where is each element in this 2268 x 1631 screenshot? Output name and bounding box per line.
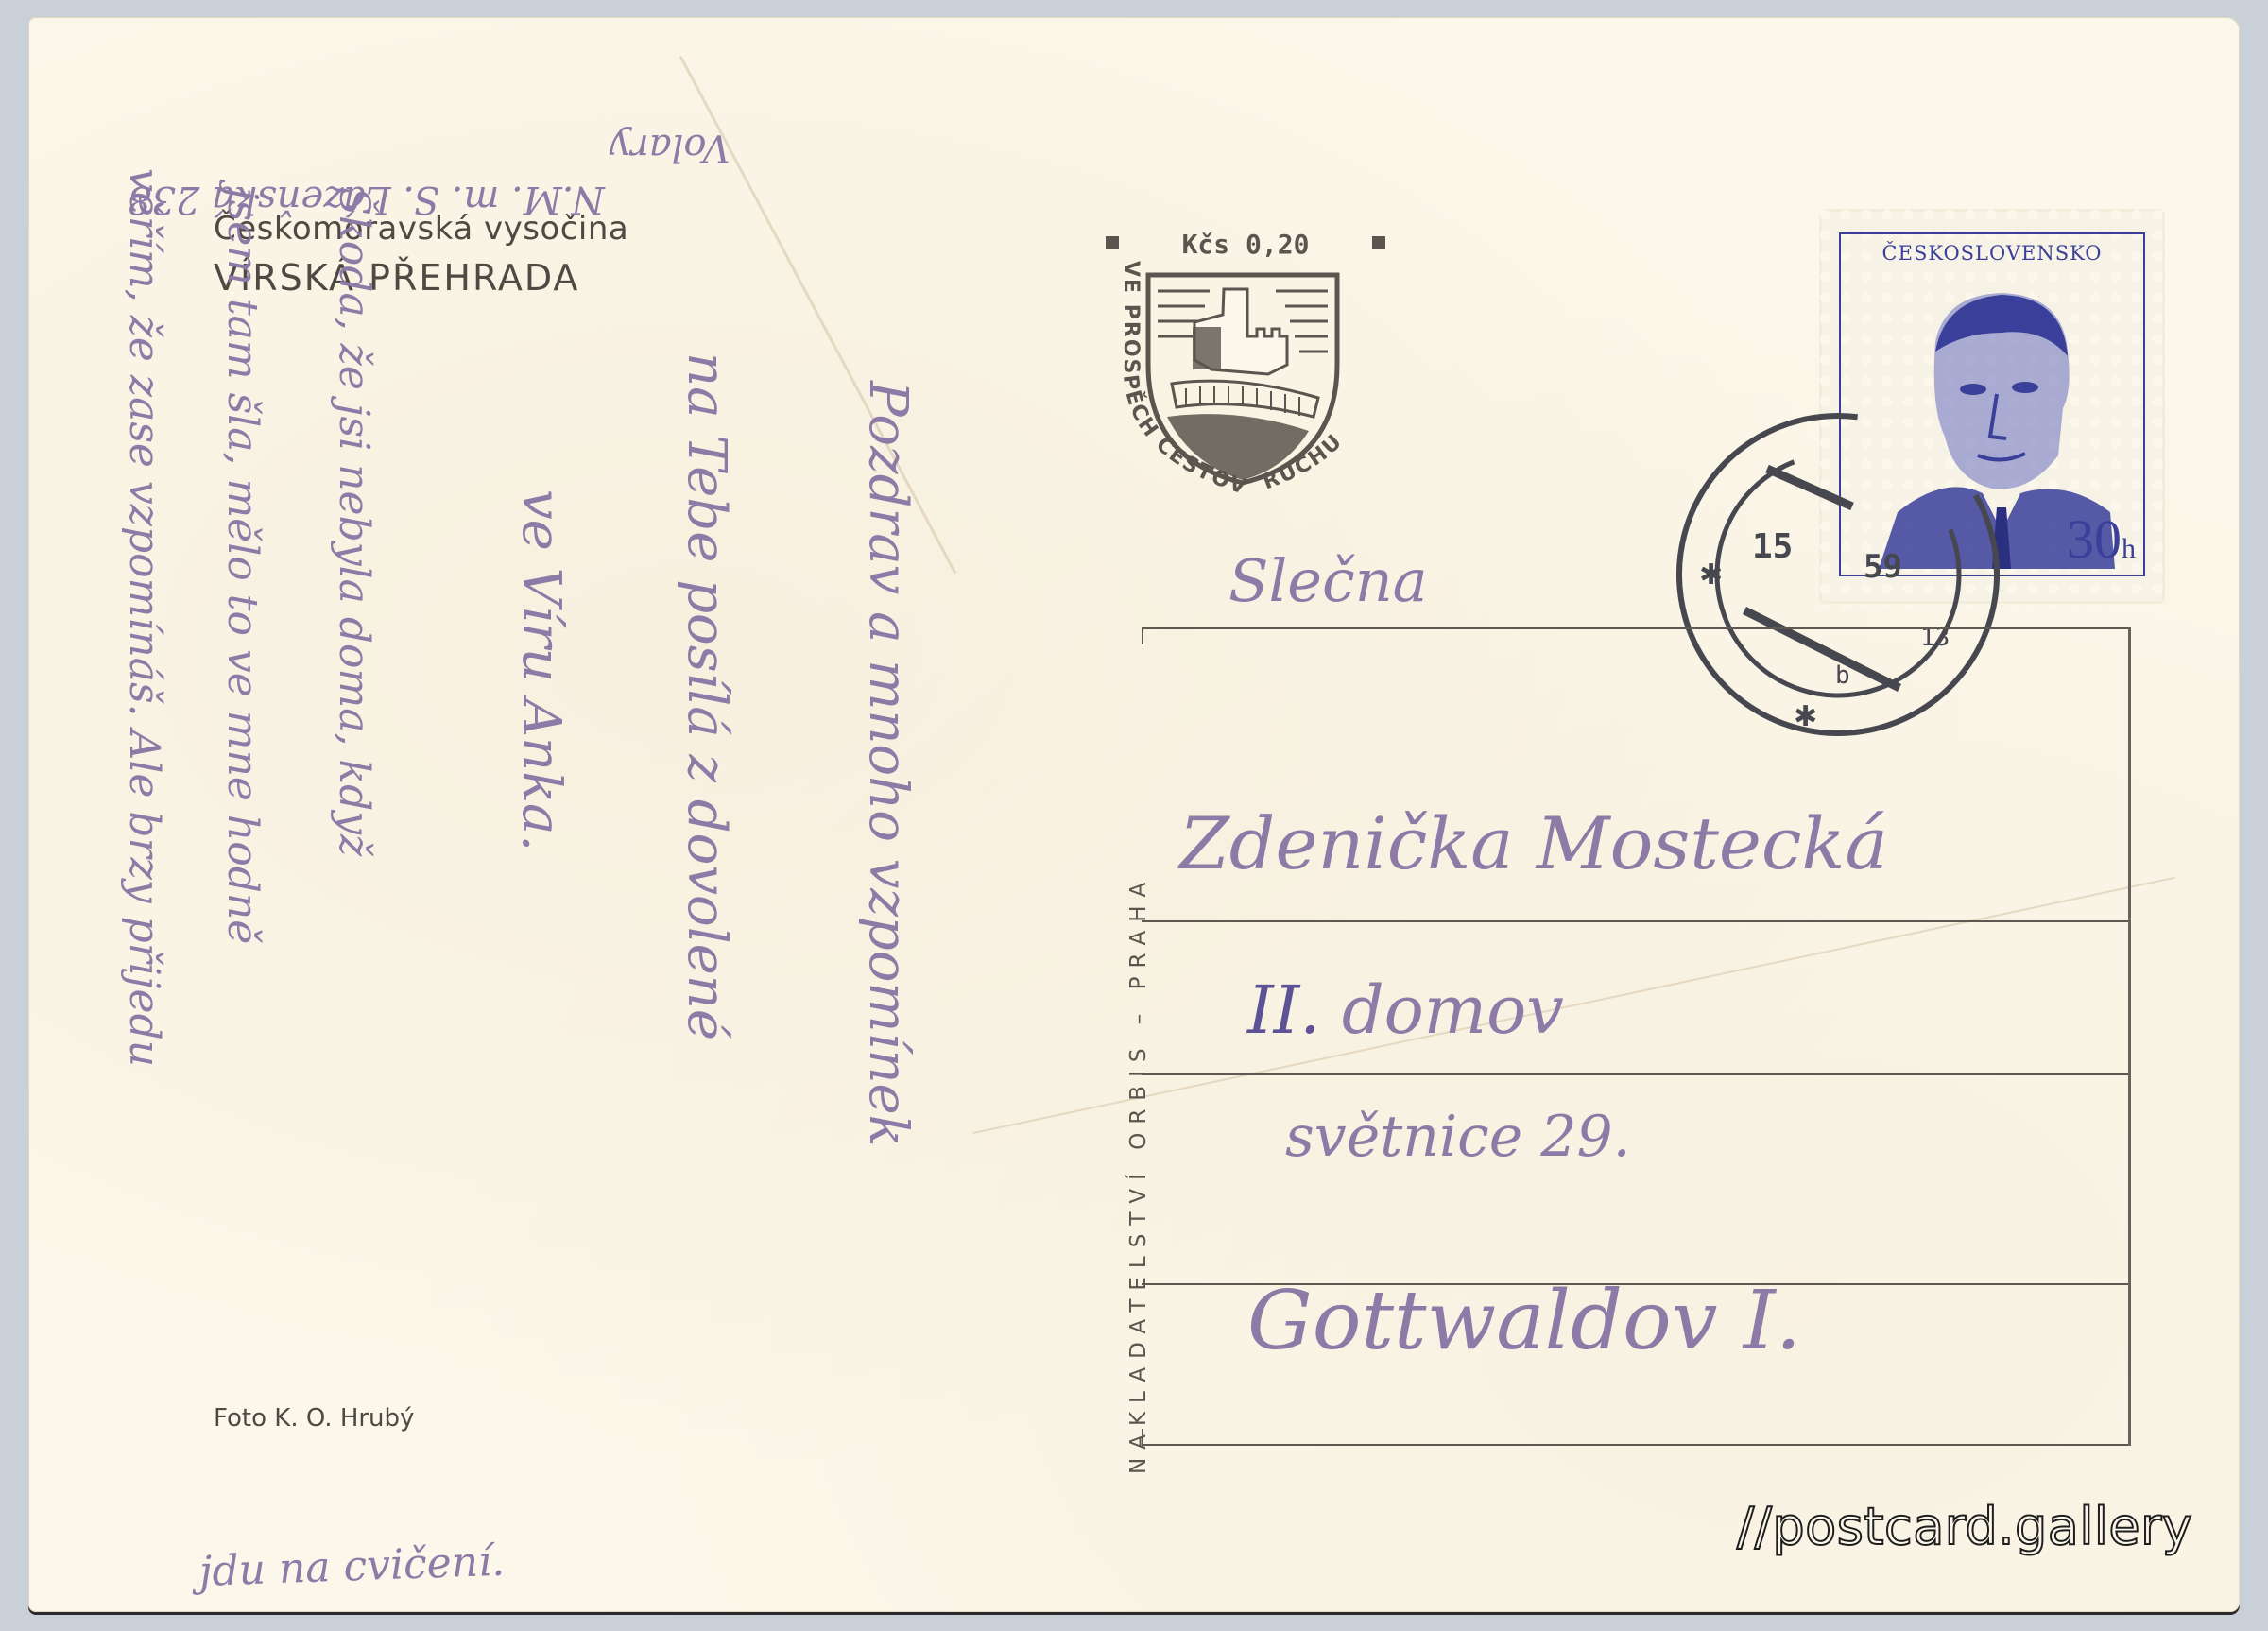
publisher-imprint: NAKLADATELSTVÍ ORBIS – PRAHA <box>1126 874 1151 1474</box>
stamp-value: 30h <box>2067 512 2136 567</box>
message-line: na Tebe posílá z dovolené <box>676 352 737 1040</box>
castle-shield-icon: Kčs 0,20 VE PROSPĚ <box>1096 223 1408 497</box>
photo-credit: Foto K. O. Hrubý <box>214 1404 414 1433</box>
line-tick <box>1142 1429 1143 1446</box>
line-tick <box>1142 627 1143 644</box>
svg-text:Kčs 0,20: Kčs 0,20 <box>1182 229 1310 260</box>
handwritten-header-place: Volary <box>610 126 730 169</box>
address-name: Zdenička Mostecká <box>1179 801 1888 885</box>
address-city: Gottwaldov I. <box>1247 1274 1801 1368</box>
watermark: //postcard.gallery <box>1737 1497 2192 1556</box>
address-line <box>1142 627 2129 629</box>
postmark-sub: b <box>1835 661 1850 690</box>
tourism-imprint: Kčs 0,20 VE PROSPĚ <box>1096 223 1408 497</box>
message-line: ve Víru Anka. <box>510 489 572 851</box>
address-salutation: Slečna <box>1228 546 1428 615</box>
svg-text:✱: ✱ <box>1699 558 1723 592</box>
message-line: věřím, že zase vzpomínáš. Ale brzy přije… <box>120 168 168 1067</box>
address-building: II. domov <box>1247 971 1564 1049</box>
postmark-rings-icon: ✱ ✱ <box>1673 395 2013 754</box>
address-line <box>1142 1073 2129 1075</box>
message-line: Pozdrav a mnoho vzpomínek <box>857 381 919 1147</box>
message-line: Škoda, že jsi nebyla doma, když <box>330 187 378 856</box>
postcard-back: Českomoravská vysočina VÍRSKÁ PŘEHRADA F… <box>28 17 2240 1612</box>
postmark-day: 15 <box>1752 527 1793 566</box>
caption-title: VÍRSKÁ PŘEHRADA <box>214 257 579 299</box>
postmark-year: 59 <box>1864 548 1902 586</box>
message-line: jsem tam šla, mělo to ve mne hodně <box>218 187 266 944</box>
stamp-country: ČESKOSLOVENSKO <box>1841 242 2143 265</box>
address-street: světnice 29. <box>1285 1104 1631 1170</box>
address-line <box>1142 920 2129 922</box>
address-line <box>1142 1444 2129 1446</box>
message-line: jdu na cvičení. <box>198 1537 506 1596</box>
address-box-right-border <box>2128 627 2131 1446</box>
paper-crease <box>973 877 2175 1134</box>
svg-text:✱: ✱ <box>1794 700 1817 733</box>
postmark: ✱ ✱ 15 59 13 b <box>1673 395 2013 754</box>
